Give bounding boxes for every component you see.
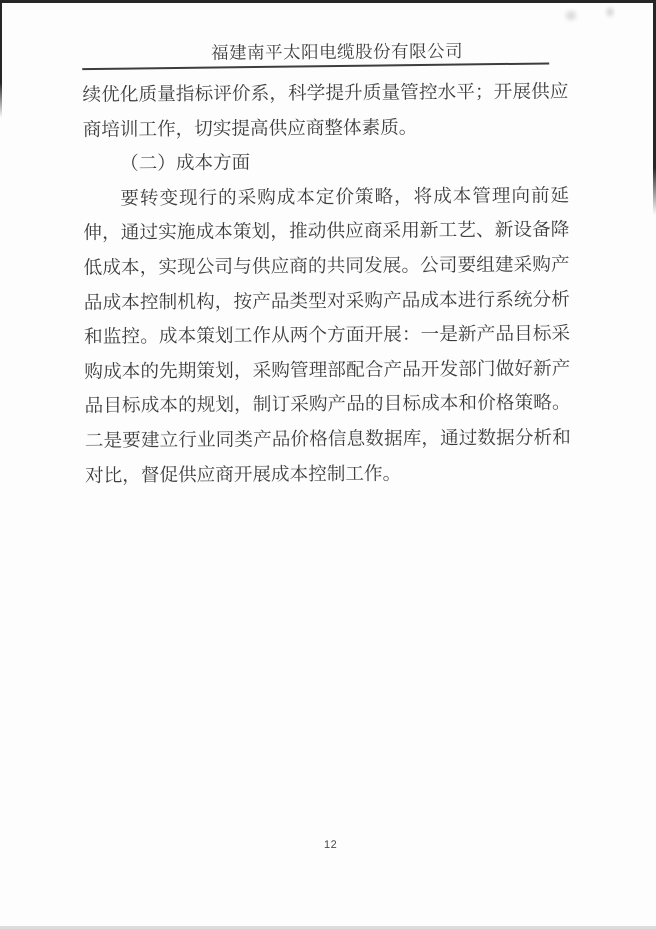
- page-content: 福建南平太阳电缆股份有限公司 续优化质量指标评价系，科学提升质量管控水平；开展供…: [0, 0, 656, 929]
- scanned-document-page: 福建南平太阳电缆股份有限公司 续优化质量指标评价系，科学提升质量管控水平；开展供…: [0, 0, 656, 929]
- paragraph-quality-continuation: 续优化质量指标评价系，科学提升质量管控水平；开展供应商培训工作，切实提高供应商整…: [82, 75, 568, 148]
- company-name-header: 福建南平太阳电缆股份有限公司: [9, 37, 656, 67]
- page-number: 12: [3, 837, 656, 854]
- document-body: 续优化质量指标评价系，科学提升质量管控水平；开展供应商培训工作，切实提高供应商整…: [82, 75, 571, 494]
- section-heading-cost: （二）成本方面: [83, 144, 569, 182]
- paragraph-cost: 要转变现行的采购成本定价策略，将成本管理向前延伸，通过实施成本策划，推动供应商采…: [83, 179, 571, 494]
